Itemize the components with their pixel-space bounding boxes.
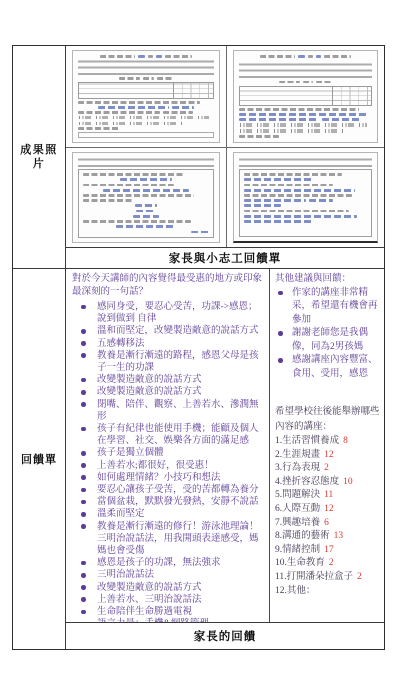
lecture-wishlist-title: 希望學校往後能舉辦哪些內容的講座：: [275, 405, 380, 434]
bullet-icon: [81, 341, 86, 346]
vote-count: 13: [334, 531, 344, 541]
bullet-icon: [278, 291, 283, 296]
list-item: 上善若水;都很好，很受惠！: [72, 460, 264, 472]
suggestions-column: 其他建議與回饋： 作家的講座非常精采，希望還有機會再參加 謝謝老師您是我偶像，同…: [270, 269, 384, 622]
lecture-wishlist: 希望學校往後能舉辦哪些內容的講座： 1.生活習慣養成8 2.生涯規畫12 3.行…: [275, 405, 380, 598]
photo-cell-bottom-right: [227, 148, 384, 247]
list-item: 感謝講座內容豐富、食用、受用，感恩: [275, 354, 380, 381]
parent-volunteer-feedback-header: 家長與小志工回饋單: [66, 248, 384, 269]
scanned-qa-form-bottom-left: [72, 152, 220, 243]
vote-count: 12: [324, 504, 334, 514]
wishlist-item: 3.行為表現2: [275, 462, 380, 476]
list-item: 溫和而堅定，改變製造敵意的說話方式: [72, 325, 264, 337]
list-item: 如何處理情緒？小技巧和想法: [72, 472, 264, 484]
vote-count: 10: [343, 477, 353, 487]
parent-feedback-header: 家長的回饋: [66, 622, 384, 649]
impression-bullet-list: 感同身受，要忍心受苦，功課->感恩；說到做到 自律 溫和而堅定，改變製造敵意的說…: [72, 301, 264, 622]
bullet-icon: [81, 475, 86, 480]
bullet-icon: [81, 451, 86, 456]
row-label-column: 成果照片 回饋單: [13, 46, 66, 649]
bullet-icon: [81, 524, 86, 529]
list-item: 作家的講座非常精采，希望還有機會再參加: [275, 287, 380, 328]
bullet-icon: [278, 358, 283, 363]
bullet-icon: [81, 500, 86, 505]
results-photos-grid: [66, 46, 384, 248]
list-item: 教養是漸行漸遠的修行！游泳池理論！三明治說話法，用我開頭表達感受，媽媽也會受傷: [72, 521, 264, 558]
list-item: 改變製造敵意的說話方式: [72, 582, 264, 594]
list-item: 生命陪伴生命勝過電視: [72, 606, 264, 618]
list-item: 孩子是獨立個體: [72, 447, 264, 459]
impression-question: 對於今天講師的內容覺得最受惠的地方或印象最深刻的一句話？: [72, 273, 264, 299]
other-suggestions-list: 作家的講座非常精采，希望還有機會再參加 謝謝老師您是我偶像，同為2男孩媽 感謝講…: [275, 287, 380, 382]
bullet-icon: [81, 597, 86, 602]
list-item: 謝謝老師您是我偶像，同為2男孩媽: [275, 327, 380, 354]
vote-count: 12: [324, 450, 334, 460]
wishlist-item: 6.人際互動12: [275, 503, 380, 517]
bullet-icon: [81, 561, 86, 566]
wishlist-item: 2.生涯規畫12: [275, 449, 380, 463]
wishlist-item: 5.問題解決11: [275, 489, 380, 503]
wishlist-item: 9.情緒控制17: [275, 544, 380, 558]
bullet-icon: [81, 585, 86, 590]
list-item: 三明治說話法: [72, 569, 264, 581]
impression-column: 對於今天講師的內容覺得最受惠的地方或印象最深刻的一句話？ 感同身受，要忍心受苦，…: [66, 269, 270, 622]
list-item: 孩子有紀律也能使用手機；能顧及個人在學習、社交、娛樂各方面的滿足感: [72, 423, 264, 447]
photo-cell-bottom-left: [66, 148, 227, 247]
other-suggestions-title: 其他建議與回饋：: [275, 273, 380, 287]
list-item: 改變製造敵意的說話方式: [72, 386, 264, 398]
report-page: 成果照片 回饋單: [0, 0, 394, 700]
bullet-icon: [81, 512, 86, 517]
list-item: 上善若水、三明治說話法: [72, 594, 264, 606]
wishlist-item: 10.生命教育2: [275, 557, 380, 571]
bullet-icon: [278, 331, 283, 336]
photo-cell-top-left: [66, 46, 227, 148]
bullet-icon: [81, 463, 86, 468]
bullet-icon: [81, 390, 86, 395]
vote-count: 2: [329, 558, 334, 568]
list-item: 溫柔而堅定: [72, 508, 264, 520]
bullet-icon: [81, 378, 86, 383]
bullet-icon: [81, 610, 86, 615]
scanned-qa-form-bottom-right: [233, 152, 378, 243]
bullet-icon: [81, 305, 86, 310]
vote-count: 11: [324, 490, 333, 500]
bullet-icon: [81, 353, 86, 358]
vote-count: 17: [324, 545, 334, 555]
vote-count: 8: [343, 436, 348, 446]
bullet-icon: [81, 329, 86, 334]
scanned-survey-form-top-left: [72, 50, 220, 143]
list-item: 五感轉移法: [72, 338, 264, 350]
list-item: 閉嘴、陪伴、觀察、上善若水、滲潤無形: [72, 399, 264, 423]
list-item: 當個盆栽，默默發光發熱，安靜不說話: [72, 496, 264, 508]
photo-cell-top-right: [227, 46, 384, 148]
vote-count: 6: [324, 518, 329, 528]
bullet-icon: [81, 573, 86, 578]
list-item: 語言力量；手機&網路管理: [72, 618, 264, 622]
list-item: 要忍心讓孩子受苦，受的苦都轉為養分: [72, 484, 264, 496]
list-item: 教養是漸行漸遠的路程，感恩父母是孩子一生的功課: [72, 350, 264, 374]
wishlist-item: 11.打開潘朵拉盒子2: [275, 571, 380, 585]
wishlist-item: 8.溝通的藝術13: [275, 530, 380, 544]
feedback-sheet-label: 回饋單: [13, 269, 65, 649]
feedback-content-row: 對於今天講師的內容覺得最受惠的地方或印象最深刻的一句話？ 感同身受，要忍心受苦，…: [66, 269, 384, 622]
scanned-survey-form-top-right: [233, 50, 378, 143]
vote-count: 2: [357, 572, 362, 582]
wishlist-item: 7.興趣培養6: [275, 517, 380, 531]
wishlist-item: 1.生活習慣養成8: [275, 435, 380, 449]
list-item: 感同身受，要忍心受苦，功課->感恩；說到做到 自律: [72, 301, 264, 325]
results-feedback-table: 成果照片 回饋單: [12, 45, 385, 650]
list-item: 感恩是孩子的功課，無法強求: [72, 557, 264, 569]
bullet-icon: [81, 402, 86, 407]
list-item: 改變製造敵意的說話方式: [72, 374, 264, 386]
bullet-icon: [81, 488, 86, 493]
vote-count: 2: [324, 463, 329, 473]
bullet-icon: [81, 427, 86, 432]
content-column: 家長與小志工回饋單 對於今天講師的內容覺得最受惠的地方或印象最深刻的一句話？ 感…: [66, 46, 384, 649]
wishlist-item: 4.挫折容忍態度10: [275, 476, 380, 490]
results-photos-label: 成果照片: [13, 46, 65, 269]
wishlist-item: 12.其他：: [275, 585, 380, 599]
